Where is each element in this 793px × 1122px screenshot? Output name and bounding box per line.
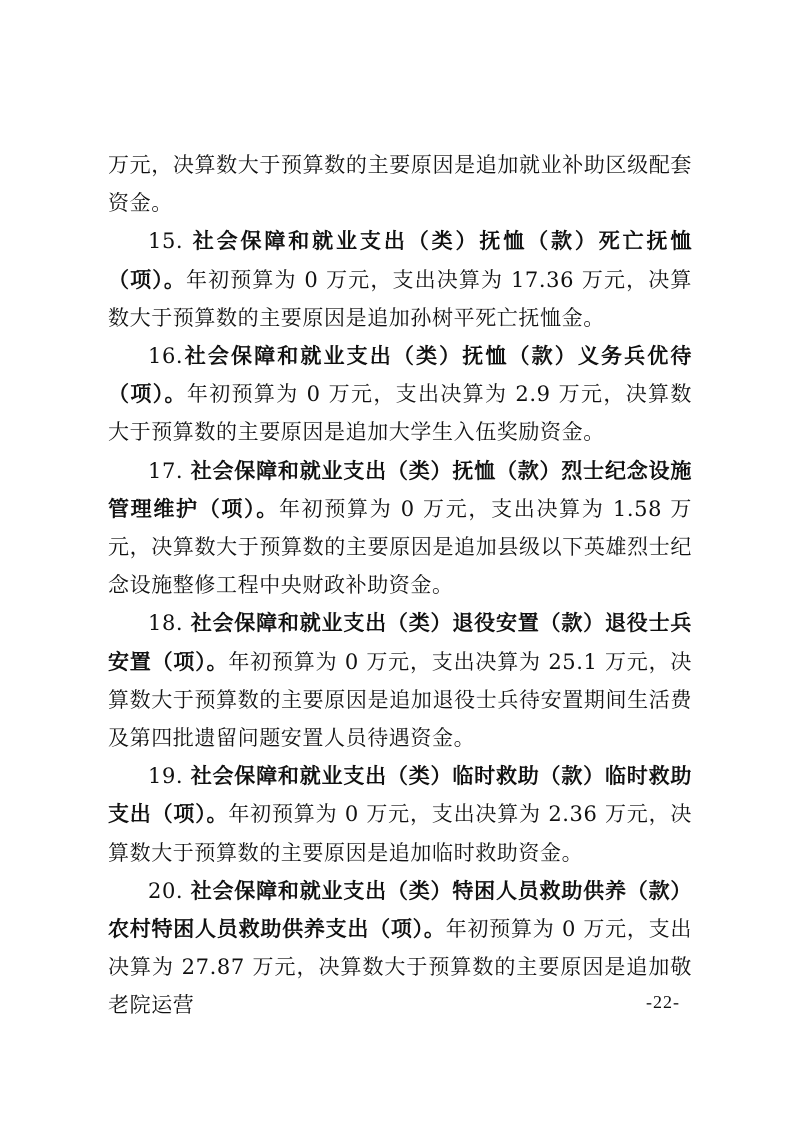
paragraph-item-18: 18. 社会保障和就业支出（类）退役安置（款）退役士兵安置（项）。年初预算为 0… (108, 604, 692, 757)
paragraph-item-16: 16.社会保障和就业支出（类）抚恤（款）义务兵优待（项）。年初预算为 0 万元，… (108, 337, 692, 452)
item-number: 18. (148, 611, 191, 635)
paragraph-item-17: 17. 社会保障和就业支出（类）抚恤（款）烈士纪念设施管理维护（项）。年初预算为… (108, 452, 692, 605)
paragraph-item-20: 20. 社会保障和就业支出（类）特困人员救助供养（款）农村特困人员救助供养支出（… (108, 872, 692, 1025)
paragraph-continuation: 万元，决算数大于预算数的主要原因是追加就业补助区级配套资金。 (108, 146, 692, 222)
paragraph-item-19: 19. 社会保障和就业支出（类）临时救助（款）临时救助支出（项）。年初预算为 0… (108, 757, 692, 872)
paragraph-body: 年初预算为 0 万元，支出决算为 2.9 万元，决算数大于预算数的主要原因是追加… (108, 382, 692, 444)
paragraph-body: 万元，决算数大于预算数的主要原因是追加就业补助区级配套资金。 (108, 153, 692, 215)
document-page: 万元，决算数大于预算数的主要原因是追加就业补助区级配套资金。 15. 社会保障和… (108, 146, 692, 1025)
paragraph-item-15: 15. 社会保障和就业支出（类）抚恤（款）死亡抚恤（项）。年初预算为 0 万元，… (108, 222, 692, 337)
paragraph-body: 年初预算为 0 万元，支出决算为 17.36 万元，决算数大于预算数的主要原因是… (108, 268, 692, 330)
item-number: 17. (148, 459, 191, 483)
item-number: 15. (148, 229, 193, 253)
item-number: 16. (148, 344, 183, 368)
item-number: 20. (148, 879, 191, 903)
item-number: 19. (148, 764, 191, 788)
page-number: -22- (646, 992, 680, 1013)
